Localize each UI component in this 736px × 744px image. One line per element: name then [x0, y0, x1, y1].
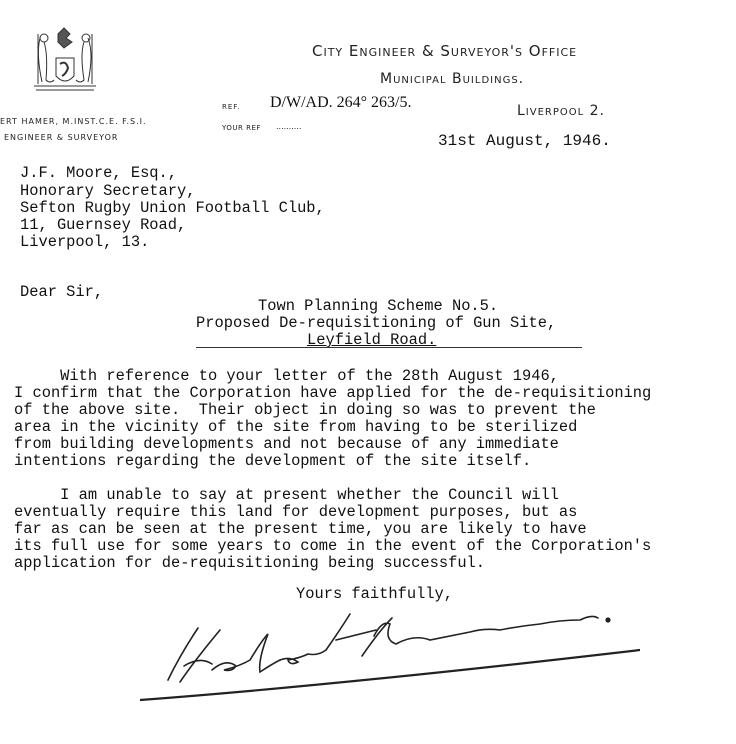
your-ref-value: ..........: [276, 122, 301, 131]
office-title: City Engineer & Surveyor's Office: [312, 42, 577, 60]
paragraph-line: I am unable to say at present whether th…: [14, 486, 559, 504]
subject-line: Town Planning Scheme No.5.: [258, 297, 498, 315]
paragraph-line: With reference to your letter of the 28t…: [14, 367, 559, 385]
subject-line: Proposed De-requisitioning of Gun Site,: [196, 314, 556, 332]
recipient-line: J.F. Moore, Esq.,: [20, 164, 177, 182]
ref-label: REF.: [222, 103, 240, 111]
recipient-line: Liverpool, 13.: [20, 233, 149, 251]
paragraph-line: intentions regarding the development of …: [14, 452, 531, 470]
salutation: Dear Sir,: [20, 283, 103, 301]
engineer-title: ENGINEER & SURVEYOR: [4, 133, 118, 142]
paragraph-line: far as can be seen at the present time, …: [14, 520, 587, 538]
paragraph-line: eventually require this land for develop…: [14, 503, 577, 521]
recipient-line: 11, Guernsey Road,: [20, 216, 186, 234]
city: Liverpool 2.: [517, 103, 605, 119]
your-ref-label: YOUR REF: [222, 124, 261, 132]
paragraph-line: of the above site. Their object in doing…: [14, 401, 596, 419]
office-subtitle: Municipal Buildings.: [380, 71, 524, 87]
handwritten-signature-icon: [140, 600, 640, 710]
ref-value: D/W/AD. 264° 263/5.: [270, 94, 412, 112]
subject-rule: [196, 347, 582, 348]
recipient-line: Honorary Secretary,: [20, 182, 195, 200]
paragraph-line: area in the vicinity of the site from ha…: [14, 418, 577, 436]
paragraph-line: I confirm that the Corporation have appl…: [14, 384, 651, 402]
paragraph-line: application for de-requisitioning being …: [14, 554, 485, 572]
paragraph-line: from building developments and not becau…: [14, 435, 559, 453]
engineer-name: ERT HAMER, M.INST.C.E. F.S.I.: [0, 117, 147, 126]
coat-of-arms-icon: [26, 24, 104, 96]
paragraph-line: its full use for some years to come in t…: [14, 537, 651, 555]
letter-date: 31st August, 1946.: [438, 132, 611, 150]
recipient-line: Sefton Rugby Union Football Club,: [20, 199, 325, 217]
